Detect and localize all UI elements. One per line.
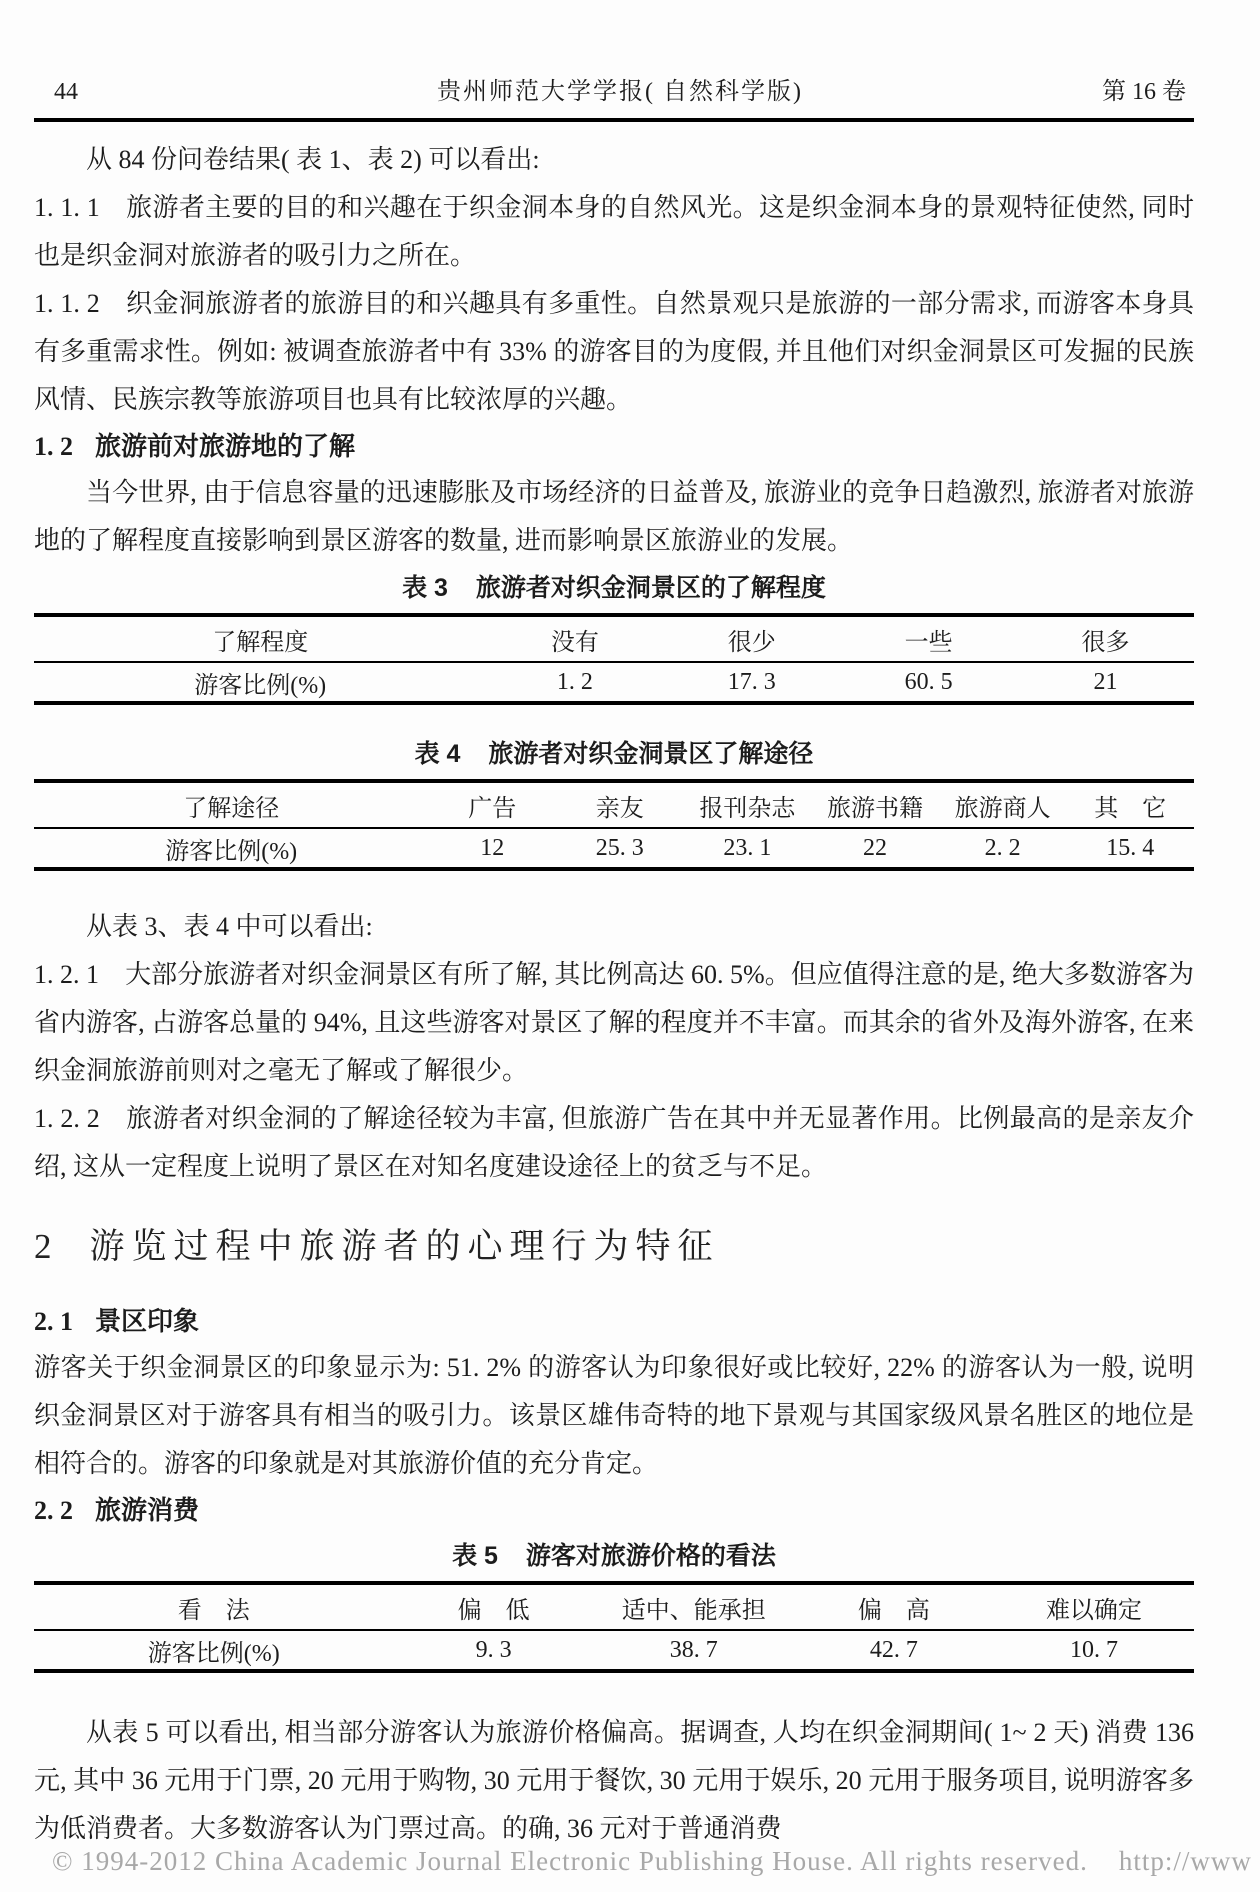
table-header-cell: 旅游商人 (939, 781, 1067, 828)
table-cell: 42. 7 (794, 1630, 994, 1671)
table-header-cell: 一些 (840, 615, 1017, 662)
table3-title: 表 3旅游者对织金洞景区的了解程度 (34, 567, 1194, 609)
paragraph-1-1-2: 1. 1. 2织金洞旅游者的旅游目的和兴趣具有多重性。自然景观只是旅游的一部分需… (34, 280, 1194, 424)
page-header: 44 贵州师范大学学报( 自然科学版) 第 16 卷 (34, 0, 1194, 108)
table-header-cell: 了解途径 (34, 781, 428, 828)
table-cell: 23. 1 (684, 828, 812, 869)
table-label: 表 4 (415, 740, 461, 768)
table-cell: 22 (811, 828, 939, 869)
table-label: 表 3 (402, 574, 448, 602)
table-header-cell: 偏 低 (394, 1583, 594, 1630)
heading-text: 游览过程中旅游者的心理行为特征 (90, 1227, 720, 1266)
paragraph-final: 从表 5 可以看出, 相当部分游客认为旅游价格偏高。据调查, 人均在织金洞期间(… (34, 1709, 1194, 1853)
paragraph-text: 旅游者对织金洞的了解途径较为丰富, 但旅游广告在其中并无显著作用。比例最高的是亲… (34, 1104, 1194, 1181)
table5: 看 法 偏 低 适中、能承担 偏 高 难以确定 游客比例(%) 9. 3 38.… (34, 1581, 1194, 1673)
table-cell: 25. 3 (556, 828, 684, 869)
table-title-text: 旅游者对织金洞景区的了解程度 (476, 574, 826, 602)
paragraph-text: 旅游者主要的目的和兴趣在于织金洞本身的自然风光。这是织金洞本身的景观特征使然, … (34, 193, 1194, 270)
table-header-row: 了解程度 没有 很少 一些 很多 (34, 615, 1194, 662)
table-title-text: 游客对旅游价格的看法 (526, 1542, 776, 1570)
table-cell: 游客比例(%) (34, 1630, 394, 1671)
table4-block: 表 4旅游者对织金洞景区了解途径 了解途径 广告 亲友 报刊杂志 旅游书籍 旅游… (34, 733, 1194, 871)
table-row: 游客比例(%) 12 25. 3 23. 1 22 2. 2 15. 4 (34, 828, 1194, 869)
paragraph-intro: 从 84 份问卷结果( 表 1、表 2) 可以看出: (34, 136, 1194, 184)
table-cell: 游客比例(%) (34, 662, 486, 703)
section-number: 1. 1. 1 (34, 193, 100, 222)
table-header-cell: 没有 (486, 615, 663, 662)
section-number: 1. 2. 1 (34, 960, 99, 989)
table3: 了解程度 没有 很少 一些 很多 游客比例(%) 1. 2 17. 3 60. … (34, 613, 1194, 705)
table-cell: 10. 7 (994, 1630, 1194, 1671)
watermark: © 1994-2012 China Academic Journal Elect… (52, 1846, 1252, 1877)
table-row: 游客比例(%) 1. 2 17. 3 60. 5 21 (34, 662, 1194, 703)
table-header-cell: 很多 (1017, 615, 1194, 662)
section-number: 1. 2 (34, 432, 73, 461)
table-title-text: 旅游者对织金洞景区了解途径 (488, 740, 813, 768)
table-cell: 游客比例(%) (34, 828, 428, 869)
paragraph-1-2-1: 1. 2. 1大部分旅游者对织金洞景区有所了解, 其比例高达 60. 5%。但应… (34, 951, 1194, 1095)
heading-text: 景区印象 (95, 1306, 199, 1336)
paragraph-text: 织金洞旅游者的旅游目的和兴趣具有多重性。自然景观只是旅游的一部分需求, 而游客本… (34, 289, 1194, 414)
table-header-cell: 难以确定 (994, 1583, 1194, 1630)
table-header-cell: 了解程度 (34, 615, 486, 662)
paragraph-1-2-2: 1. 2. 2旅游者对织金洞的了解途径较为丰富, 但旅游广告在其中并无显著作用。… (34, 1095, 1194, 1191)
table3-block: 表 3旅游者对织金洞景区的了解程度 了解程度 没有 很少 一些 很多 游客比例(… (34, 567, 1194, 705)
table-cell: 12 (428, 828, 556, 869)
paragraph-tables-note: 从表 3、表 4 中可以看出: (34, 903, 1194, 951)
table-header-cell: 亲友 (556, 781, 684, 828)
table5-block: 表 5游客对旅游价格的看法 看 法 偏 低 适中、能承担 偏 高 难以确定 游客… (34, 1535, 1194, 1673)
table4-title: 表 4旅游者对织金洞景区了解途径 (34, 733, 1194, 775)
section-number: 1. 2. 2 (34, 1104, 100, 1133)
table-header-row: 看 法 偏 低 适中、能承担 偏 高 难以确定 (34, 1583, 1194, 1630)
paragraph-2-1: 游客关于织金洞景区的印象显示为: 51. 2% 的游客认为印象很好或比较好, 2… (34, 1344, 1194, 1488)
table-cell: 1. 2 (486, 662, 663, 703)
heading-2-1: 2. 1景区印象 (34, 1299, 1194, 1344)
table-cell: 2. 2 (939, 828, 1067, 869)
heading-1-2: 1. 2旅游前对旅游地的了解 (34, 424, 1194, 469)
table-cell: 15. 4 (1066, 828, 1194, 869)
table-header-cell: 报刊杂志 (684, 781, 812, 828)
table-header-cell: 很少 (663, 615, 840, 662)
section-number: 2. 1 (34, 1307, 73, 1336)
paragraph-1-1-1: 1. 1. 1旅游者主要的目的和兴趣在于织金洞本身的自然风光。这是织金洞本身的景… (34, 184, 1194, 280)
paragraph-text: 大部分旅游者对织金洞景区有所了解, 其比例高达 60. 5%。但应值得注意的是,… (34, 960, 1194, 1085)
table-header-cell: 旅游书籍 (811, 781, 939, 828)
table-cell: 60. 5 (840, 662, 1017, 703)
page-number: 44 (54, 76, 234, 108)
table5-title: 表 5游客对旅游价格的看法 (34, 1535, 1194, 1577)
table-label: 表 5 (452, 1542, 498, 1570)
table-header-cell: 适中、能承担 (594, 1583, 794, 1630)
table-header-cell: 看 法 (34, 1583, 394, 1630)
journal-title: 贵州师范大学学报( 自然科学版) (234, 76, 1006, 108)
heading-2-2: 2. 2旅游消费 (34, 1488, 1194, 1533)
table-header-cell: 广告 (428, 781, 556, 828)
header-rule (34, 118, 1194, 122)
table-header-row: 了解途径 广告 亲友 报刊杂志 旅游书籍 旅游商人 其 它 (34, 781, 1194, 828)
volume-label: 第 16 卷 (1006, 76, 1186, 108)
section-number: 2 (34, 1227, 52, 1266)
table-cell: 38. 7 (594, 1630, 794, 1671)
scanned-paper-page: 44 贵州师范大学学报( 自然科学版) 第 16 卷 从 84 份问卷结果( 表… (0, 0, 1260, 1853)
section-number: 2. 2 (34, 1496, 73, 1525)
table-row: 游客比例(%) 9. 3 38. 7 42. 7 10. 7 (34, 1630, 1194, 1671)
heading-section-2: 2游览过程中旅游者的心理行为特征 (34, 1219, 1194, 1275)
heading-text: 旅游前对旅游地的了解 (95, 431, 355, 461)
section-number: 1. 1. 2 (34, 289, 100, 318)
table4: 了解途径 广告 亲友 报刊杂志 旅游书籍 旅游商人 其 它 游客比例(%) 12… (34, 779, 1194, 871)
table-header-cell: 偏 高 (794, 1583, 994, 1630)
paragraph-1-2-intro: 当今世界, 由于信息容量的迅速膨胀及市场经济的日益普及, 旅游业的竞争日趋激烈,… (34, 469, 1194, 565)
table-cell: 21 (1017, 662, 1194, 703)
heading-text: 旅游消费 (95, 1495, 199, 1525)
table-header-cell: 其 它 (1066, 781, 1194, 828)
table-cell: 17. 3 (663, 662, 840, 703)
table-cell: 9. 3 (394, 1630, 594, 1671)
